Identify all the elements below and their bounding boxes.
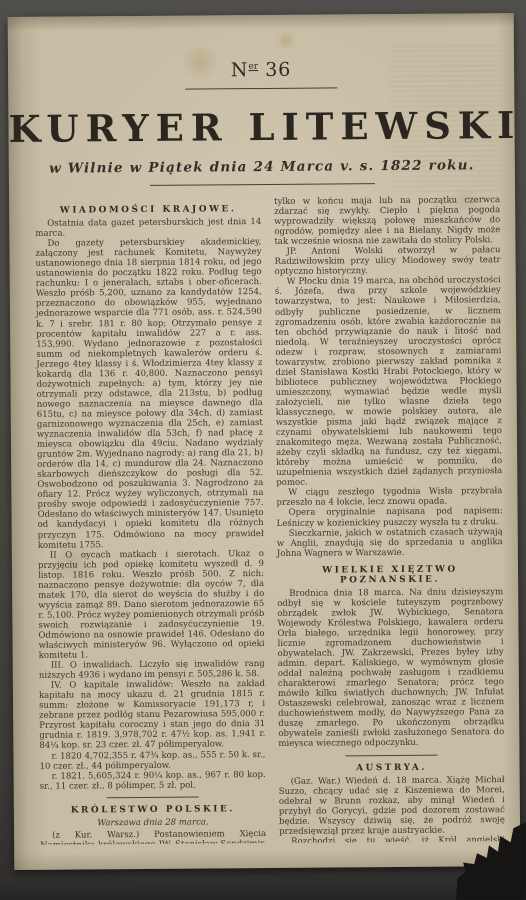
- paragraph: (Gaz. War.) Wiedeń d. 18 marca. Xiążę Mi…: [279, 775, 505, 837]
- rule-under-issue-number: [185, 87, 337, 89]
- mat-bottom-shadow: [0, 878, 526, 900]
- masthead: Ner 36 KURYER LITEWSKI w Wilnie w Piątek…: [8, 13, 515, 187]
- section-rule: [107, 796, 199, 798]
- paragraph: W ciągu zeszłego tygodnia Wisła przybrał…: [276, 486, 502, 508]
- paragraph: (z Kur. Warsz.) Postanowieniem Xięcia Na…: [40, 829, 266, 845]
- paragraph: W Płocku dnia 19 marca, na obchód uroczy…: [275, 276, 503, 489]
- section-heading: AUSTRYA.: [279, 762, 505, 774]
- masthead-dateline: w Wilnie w Piątek dnia 24 Marca v. s. 18…: [9, 157, 515, 177]
- paragraph: JP. Antoni Wolski otworzył w pałacu Radz…: [274, 245, 500, 277]
- paragraph: r. 1821. 5,605,324 r. 90¼ kop. as., 967 …: [40, 770, 266, 792]
- paragraph: Sieczkarnie, jakich w ostatnich czasach …: [277, 527, 503, 559]
- paragraph: Rozchodzi się tu wieść, iż Król angielsk…: [279, 835, 505, 845]
- paragraph: IV. O kapitale inwalidów: Weszło na zakł…: [39, 679, 266, 751]
- paragraph: Brodnica dnia 18 marca. Na dniu dzisieys…: [277, 587, 504, 750]
- section-heading: WIADOMOŚCI KRAJOWE.: [35, 204, 261, 216]
- paragraph: Do gazety petersburskiey akademickiey, z…: [35, 237, 263, 550]
- newspaper-title: KURYER LITEWSKI: [8, 103, 514, 151]
- left-column: WIADOMOŚCI KRAJOWE.Ostatnia data gazet p…: [35, 197, 266, 845]
- body-columns: WIADOMOŚCI KRAJOWE.Ostatnia data gazet p…: [9, 183, 520, 845]
- paragraph: r. 1820 4,702,355 r. 47¾ kop. as., 555 r…: [39, 750, 265, 772]
- photograph-of-newspaper: { "colors": { "paper": "#c7bca4", "ink":…: [0, 0, 526, 900]
- paragraph: II O oycach matkach i sierotach. Ukaz o …: [38, 549, 265, 661]
- paragraph: Ostatnia data gazet petersburskich jest …: [35, 217, 261, 239]
- section-heading: KRÓLESTWO POLSKIE.: [40, 804, 266, 816]
- section-heading: WIELKIE XIĘZTWO POZNANSKIE.: [277, 564, 503, 586]
- issue-number: Ner 36: [8, 57, 514, 83]
- right-column: tylko w końcu maja lub na początku czerw…: [274, 195, 505, 843]
- issue-number-superscript: er: [248, 62, 258, 72]
- paragraph: tylko w końcu maja lub na początku czerw…: [274, 195, 500, 247]
- paragraph: Opera oryginalnie napisana pod napisem: …: [277, 507, 503, 529]
- newspaper-page: Ner 36 KURYER LITEWSKI w Wilnie w Piątek…: [8, 13, 521, 870]
- article-dateline: Warszawa dnia 28 marca.: [40, 817, 266, 829]
- paragraph: III. O inwalidach. Liczyło się inwalidów…: [39, 659, 265, 681]
- section-rule: [345, 754, 437, 756]
